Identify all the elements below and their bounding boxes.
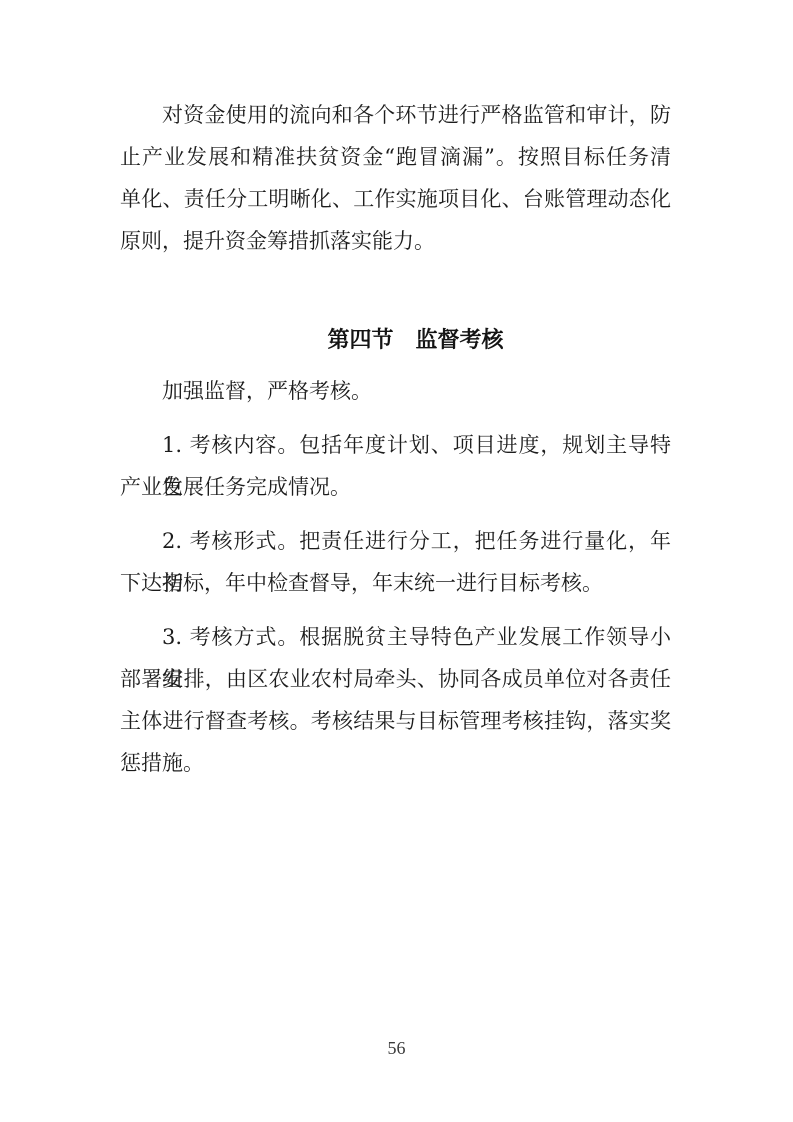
text-line: 加强监督，严格考核。 [120, 370, 671, 412]
paragraph-assessment-content: 1. 考核内容。包括年度计划、项目进度，规划主导特色 产业发展任务完成情况。 [120, 424, 671, 508]
text-line: 产业发展任务完成情况。 [120, 466, 671, 508]
section-heading: 第四节 监督考核 [140, 318, 691, 362]
text-line: 3. 考核方式。根据脱贫主导特色产业发展工作领导小组 [120, 616, 671, 658]
paragraph-assessment-form: 2. 考核形式。把责任进行分工，把任务进行量化，年初 下达指标，年中检查督导，年… [120, 520, 671, 604]
text-line: 单化、责任分工明晰化、工作实施项目化、台账管理动态化 [120, 178, 671, 220]
document-page: 对资金使用的流向和各个环节进行严格监管和审计，防 止产业发展和精准扶贫资金“跑冒… [0, 0, 793, 1122]
paragraph-strengthen-supervision: 加强监督，严格考核。 [120, 370, 671, 412]
text-line: 原则，提升资金筹措抓落实能力。 [120, 220, 671, 262]
text-line: 2. 考核形式。把责任进行分工，把任务进行量化，年初 [120, 520, 671, 562]
page-number: 56 [0, 1038, 793, 1059]
paragraph-funds-supervision: 对资金使用的流向和各个环节进行严格监管和审计，防 止产业发展和精准扶贫资金“跑冒… [120, 94, 671, 262]
text-line: 对资金使用的流向和各个环节进行严格监管和审计，防 [120, 94, 671, 136]
paragraph-assessment-method: 3. 考核方式。根据脱贫主导特色产业发展工作领导小组 部署安排，由区农业农村局牵… [120, 616, 671, 784]
text-line: 1. 考核内容。包括年度计划、项目进度，规划主导特色 [120, 424, 671, 466]
text-line: 止产业发展和精准扶贫资金“跑冒滴漏”。按照目标任务清 [120, 136, 671, 178]
text-line: 主体进行督查考核。考核结果与目标管理考核挂钩，落实奖 [120, 700, 671, 742]
text-line: 惩措施。 [120, 742, 671, 784]
text-line: 下达指标，年中检查督导，年末统一进行目标考核。 [120, 562, 671, 604]
text-column: 对资金使用的流向和各个环节进行严格监管和审计，防 止产业发展和精准扶贫资金“跑冒… [120, 94, 671, 796]
text-line: 部署安排，由区农业农村局牵头、协同各成员单位对各责任 [120, 658, 671, 700]
